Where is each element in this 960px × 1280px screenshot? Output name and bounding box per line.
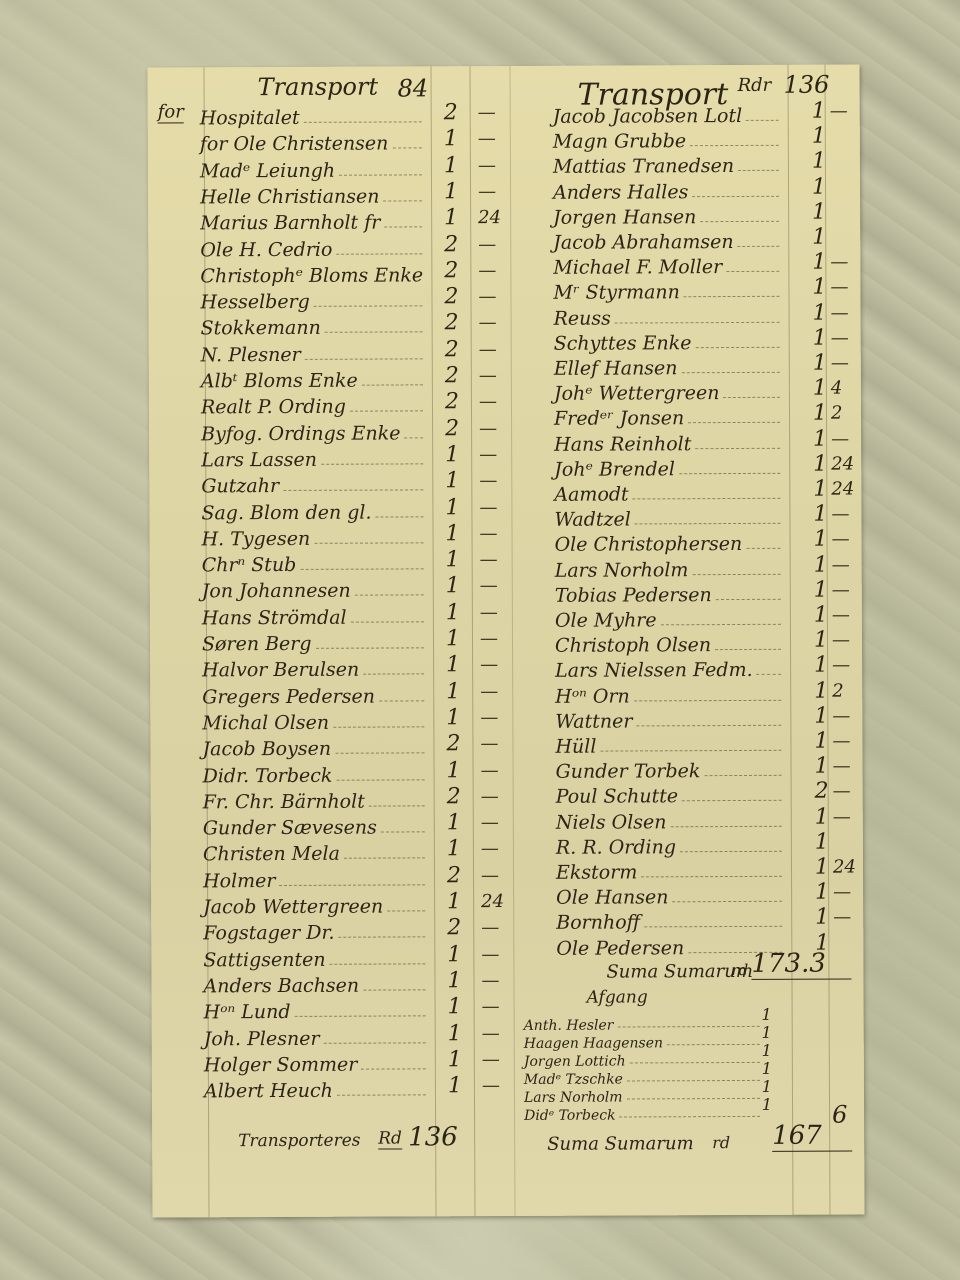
entry-name: Christoph Olsen	[555, 634, 711, 657]
left-entry-row: Madᵉ Leiungh	[200, 155, 426, 182]
entry-amount: 1	[797, 351, 827, 376]
entry-skilling: —	[481, 838, 499, 859]
entry-skilling: —	[832, 604, 850, 625]
entry-skilling: —	[830, 101, 848, 122]
entry-amount: 1	[799, 905, 829, 930]
right-entry-row: Johᵉ Wettergreen	[554, 378, 784, 405]
entry-name: Hüll	[555, 736, 596, 758]
left-entry-row: Christophᵉ Bloms Enke	[200, 260, 426, 287]
left-entry-row: Joh. Plesner	[204, 1023, 430, 1050]
leader-line	[661, 624, 781, 626]
entry-name: Gutzahr	[201, 475, 279, 497]
right-entry-row: Niels Olsen	[556, 806, 786, 833]
right-entry-row: Wattner	[555, 706, 785, 733]
leader-line	[283, 490, 423, 492]
entry-name: Lars Norholm	[555, 559, 689, 582]
leader-line	[738, 246, 780, 247]
right-entry-row: Bornhoff	[556, 907, 786, 934]
right-entry-row: Ekstorm	[556, 857, 786, 884]
right-entry-row: Wadtzel	[554, 504, 784, 531]
entry-name: Helle Christiansen	[200, 185, 380, 208]
entry-amount: 1	[799, 804, 829, 829]
entry-skilling: —	[833, 781, 851, 802]
leader-line	[644, 926, 782, 928]
right-entry-row: Poul Schutte	[556, 781, 786, 808]
entry-name: Aamodt	[554, 483, 628, 505]
entry-amount: 1	[432, 994, 462, 1019]
final-amount: 167	[772, 1120, 852, 1151]
leader-line	[369, 805, 425, 806]
leader-line	[362, 384, 423, 385]
subtotal-unit: rd	[731, 961, 748, 979]
entry-skilling: —	[481, 970, 499, 991]
left-entries-list: Hospitalet2—for Ole Christensen1—Madᵉ Le…	[147, 64, 859, 67]
left-entry-row: N. Plesner	[201, 339, 427, 366]
entry-skilling: —	[481, 944, 499, 965]
entry-skilling: —	[831, 327, 849, 348]
leader-line	[746, 120, 779, 121]
entry-amount: 1	[428, 205, 458, 230]
entry-amount: 1	[430, 600, 460, 625]
entry-amount: 1	[430, 679, 460, 704]
entry-skilling: —	[481, 812, 499, 833]
entry-amount: 1	[430, 652, 460, 677]
leader-line	[684, 296, 780, 297]
entry-skilling: —	[478, 102, 496, 123]
entry-name: Jacob Abrahamsen	[553, 231, 733, 254]
left-entry-row: Byfog. Ordings Enke	[201, 418, 427, 445]
entry-name: Ellef Hansen	[554, 357, 678, 380]
entry-amount: 1	[430, 574, 460, 599]
leader-line	[680, 851, 782, 852]
left-entry-row: Holmer	[203, 865, 429, 892]
entry-name: Byfog. Ordings Enke	[201, 422, 400, 445]
leader-line	[726, 271, 779, 272]
entry-skilling: 24	[478, 207, 501, 228]
leader-line	[672, 901, 782, 902]
final-label: Suma Sumarum	[547, 1133, 694, 1155]
entry-skilling: —	[832, 705, 850, 726]
right-entry-row: Ellef Hansen	[554, 353, 784, 380]
final-unit: rd	[712, 1133, 730, 1152]
leader-line	[314, 542, 423, 543]
entry-amount: 1	[430, 705, 460, 730]
entry-skilling: —	[833, 882, 851, 903]
entry-amount: 2	[428, 284, 458, 309]
entry-amount: 1	[798, 577, 828, 602]
leader-line	[355, 595, 424, 596]
left-entry-row: Sattigsenten	[203, 944, 429, 971]
entry-skilling: —	[482, 1075, 500, 1096]
entry-skilling: —	[832, 554, 850, 575]
entry-skilling: —	[481, 760, 499, 781]
entry-amount: 2	[428, 258, 458, 283]
right-entry-row: Michael F. Moller	[553, 252, 783, 279]
entry-name: Ole Myhre	[555, 609, 657, 631]
entry-amount: 2	[430, 731, 460, 756]
entry-name: Didᵉ Torbeck	[524, 1108, 616, 1124]
entry-name: Jorgen Hansen	[553, 206, 696, 229]
entry-amount: 1	[796, 174, 826, 199]
leader-line	[325, 332, 423, 333]
entry-amount: 1	[742, 1077, 772, 1096]
entry-skilling: —	[831, 504, 849, 525]
entry-name: for Ole Christensen	[200, 133, 389, 156]
entry-skilling: —	[479, 523, 497, 544]
left-entry-row: Anders Bachsen	[203, 970, 429, 997]
right-entry-row: Ole Myhre	[555, 605, 785, 632]
entry-skilling: —	[831, 302, 849, 323]
entry-skilling: —	[480, 602, 498, 623]
entry-amount: 1	[429, 442, 459, 467]
entry-skilling: —	[481, 917, 499, 938]
leader-line	[376, 516, 424, 517]
entry-name: R. R. Ording	[556, 836, 676, 859]
leader-line	[615, 321, 780, 323]
entry-name: Hans Strömdal	[202, 606, 347, 629]
entry-skilling: —	[831, 353, 849, 374]
entry-name: Halvor Berulsen	[202, 659, 359, 682]
entry-amount: 1	[428, 153, 458, 178]
entry-amount: 1	[429, 468, 459, 493]
entry-amount: 1	[798, 678, 828, 703]
leader-line	[387, 910, 425, 911]
entry-amount: 1	[798, 552, 828, 577]
right-entry-row: Reuss	[554, 302, 784, 329]
entry-name: Albᵗ Bloms Enke	[201, 370, 358, 393]
entry-name: Ole Hansen	[556, 886, 668, 908]
right-entry-row: Ole Christophersen	[555, 529, 785, 556]
entry-name: Johᵉ Brendel	[554, 458, 675, 481]
leader-line	[757, 674, 782, 675]
leader-line	[682, 800, 782, 801]
entry-amount: 1	[797, 300, 827, 325]
leader-line	[700, 221, 779, 222]
entry-amount: 1	[799, 880, 829, 905]
leader-line	[350, 411, 423, 412]
entry-amount: 1	[796, 275, 826, 300]
leader-line	[690, 145, 779, 146]
entry-name: Bornhoff	[556, 912, 640, 934]
entry-amount: 1	[796, 199, 826, 224]
entry-name: Mʳ Styrmann	[553, 282, 679, 305]
entry-skilling: —	[479, 391, 497, 412]
entry-skilling: —	[832, 529, 850, 550]
entry-name: Anders Bachsen	[203, 975, 359, 998]
entry-amount: 1	[799, 855, 829, 880]
entry-skilling: —	[480, 628, 498, 649]
leader-line	[305, 358, 423, 360]
entry-skilling: —	[478, 128, 496, 149]
leader-line	[695, 447, 780, 448]
left-entry-row: Jacob Boysen	[202, 734, 428, 761]
entry-name: Michal Olsen	[202, 712, 329, 735]
entry-amount: 1	[796, 149, 826, 174]
right-entry-row: Christoph Olsen	[555, 630, 785, 657]
leader-line	[723, 397, 780, 398]
right-entry-row: Jacob Jacobsen Lotl	[553, 101, 783, 128]
entry-amount: 1	[432, 1047, 462, 1072]
right-entries-list: Jacob Jacobsen Lotl1—Magn Grubbe1Mattias…	[147, 64, 859, 67]
left-entry-row: Stokkemann	[201, 313, 427, 340]
right-entry-row: Schyttes Enke	[554, 328, 784, 355]
left-header-label: Transport	[258, 73, 379, 102]
leader-line	[704, 775, 781, 776]
left-entry-row: for Ole Christensen	[200, 129, 426, 156]
entry-name: Sattigsenten	[203, 948, 325, 971]
entry-name: Marius Barnholt fr	[200, 212, 380, 235]
entry-skilling: —	[482, 1049, 500, 1070]
left-entry-row: H. Tygesen	[201, 523, 427, 550]
entry-name: Sag. Blom den gl.	[201, 501, 371, 524]
left-entry-row: Lars Lassen	[201, 444, 427, 471]
right-header-amount: 136	[784, 71, 834, 99]
right-entry-row: Hüll	[555, 731, 785, 758]
entry-amount: 1	[798, 729, 828, 754]
right-entry-row: Fredᵉʳ Jonsen	[554, 403, 784, 430]
entry-name: Wattner	[555, 710, 632, 732]
left-footer-label: Transporteres	[238, 1131, 360, 1152]
entry-skilling: —	[832, 730, 850, 751]
entry-skilling: 2	[831, 403, 843, 424]
entry-skilling: —	[478, 155, 496, 176]
left-entry-row: Gregers Pedersen	[202, 681, 428, 708]
entry-name: Gunder Torbek	[556, 760, 701, 783]
entry-name: Gregers Pedersen	[202, 685, 375, 708]
entry-name: Fogstager Dr.	[203, 922, 334, 945]
entry-amount: 2	[431, 915, 461, 940]
leader-line	[746, 548, 780, 549]
entry-skilling: —	[479, 444, 497, 465]
entry-skilling: —	[832, 630, 850, 651]
entry-skilling: —	[478, 181, 496, 202]
leader-line	[600, 750, 781, 752]
entry-amount: 1	[431, 942, 461, 967]
leader-line	[381, 831, 425, 832]
entry-skilling: —	[482, 996, 500, 1017]
leader-line	[333, 726, 424, 727]
entry-name: Ekstorm	[556, 861, 637, 883]
entry-name: Magn Grubbe	[553, 130, 686, 153]
leader-line	[716, 599, 781, 600]
leader-line	[692, 573, 780, 574]
right-entry-row: Lars Nielssen Fedm.	[555, 655, 785, 682]
leader-line	[692, 195, 779, 196]
entry-amount: 2	[429, 389, 459, 414]
leader-line	[641, 876, 782, 878]
column-divider	[509, 66, 515, 1216]
deductions-header: Afgang	[587, 987, 648, 1007]
entry-amount: 1	[428, 127, 458, 152]
leader-line	[321, 463, 423, 464]
leader-line	[679, 473, 780, 474]
left-entry-row: Fr. Chr. Bärnholt	[203, 786, 429, 813]
entry-skilling: —	[831, 428, 849, 449]
entry-skilling: 2	[832, 680, 844, 701]
entry-skilling: —	[481, 865, 499, 886]
entry-skilling: 24	[833, 856, 856, 877]
entry-name: Lars Lassen	[201, 449, 317, 472]
entry-amount: 1	[429, 495, 459, 520]
leader-line	[682, 372, 780, 373]
left-footer-unit: Rd	[378, 1128, 402, 1149]
entry-skilling: —	[480, 707, 498, 728]
left-entry-row: Halvor Berulsen	[202, 655, 428, 682]
leader-line	[671, 825, 782, 826]
entry-amount: 1	[742, 1059, 772, 1078]
left-entry-row: Holger Sommer	[204, 1049, 430, 1076]
right-entry-row: Anders Halles	[553, 176, 783, 203]
right-entry-row: Jacob Abrahamsen	[553, 227, 783, 254]
entry-skilling: —	[832, 655, 850, 676]
entry-amount: 2	[429, 311, 459, 336]
entry-name: Hans Reinholt	[554, 433, 691, 456]
entry-amount: 1	[431, 889, 461, 914]
entry-skilling: —	[478, 234, 496, 255]
entry-name: Søren Berg	[202, 633, 312, 655]
entry-amount: 1	[798, 527, 828, 552]
entry-amount: 1	[432, 1021, 462, 1046]
entry-amount: 1	[432, 1073, 462, 1098]
left-entry-row: Hesselberg	[200, 286, 426, 313]
right-entry-row: Johᵉ Brendel	[554, 454, 784, 481]
entry-name: Christophᵉ Bloms Enke	[200, 264, 423, 287]
ledger-page: Transport 84 for Hospitalet2—for Ole Chr…	[147, 64, 864, 1217]
leader-line	[715, 649, 781, 650]
entry-amount: 1	[431, 968, 461, 993]
sk-rule-left	[469, 66, 475, 1216]
left-entry-row: Fogstager Dr.	[203, 918, 429, 945]
entry-skilling: —	[479, 418, 497, 439]
left-entry-row: Hospitalet	[200, 102, 426, 129]
entry-skilling: —	[480, 575, 498, 596]
leader-line	[324, 1042, 426, 1043]
entry-name: Poul Schutte	[556, 786, 679, 809]
left-entry-row: Christen Mela	[203, 839, 429, 866]
entry-amount: 1	[798, 703, 828, 728]
leader-line	[351, 621, 424, 622]
leader-line	[314, 305, 423, 306]
leader-line	[384, 227, 422, 228]
entry-name: Madᵉ Leiungh	[200, 159, 335, 182]
left-entry-row: Hans Strömdal	[202, 602, 428, 629]
leader-line	[336, 253, 422, 254]
entry-amount: 1	[799, 829, 829, 854]
entry-name: Realt P. Ording	[201, 396, 346, 419]
entry-name: Ole Christophersen	[555, 533, 743, 556]
right-entry-row: Lars Norholm	[555, 554, 785, 581]
entry-name: N. Plesner	[201, 344, 301, 366]
entry-skilling: —	[830, 252, 848, 273]
leader-line	[344, 858, 425, 859]
entry-name: Ole Pedersen	[556, 937, 684, 960]
entry-name: Hᵒⁿ Orn	[555, 685, 630, 707]
entry-skilling: —	[833, 907, 851, 928]
entry-name: Stokkemann	[201, 317, 321, 340]
entry-skilling: —	[481, 786, 499, 807]
entry-amount: 1	[431, 810, 461, 835]
leader-line	[634, 699, 781, 701]
entry-amount: 1	[428, 179, 458, 204]
entry-amount: 1	[797, 376, 827, 401]
left-entry-row: Albᵗ Bloms Enke	[201, 365, 427, 392]
right-entry-row: Magn Grubbe	[553, 126, 783, 153]
entry-skilling: —	[479, 312, 497, 333]
entry-amount: 1	[797, 426, 827, 451]
entry-name: Niels Olsen	[556, 811, 667, 833]
entry-name: Reuss	[554, 307, 611, 329]
entry-skilling: —	[480, 654, 498, 675]
right-entry-row: Tobias Pedersen	[555, 580, 785, 607]
left-entry-row: Søren Berg	[202, 628, 428, 655]
leader-line	[636, 725, 781, 727]
entry-name: Fr. Chr. Bärnholt	[203, 790, 365, 813]
entry-name: H. Tygesen	[202, 528, 311, 550]
entry-name: Johᵉ Wettergreen	[554, 382, 720, 405]
entry-name: Hospitalet	[200, 107, 300, 129]
entry-skilling: —	[833, 756, 851, 777]
entry-name: Schyttes Enke	[554, 332, 692, 355]
entry-amount: 2	[799, 779, 829, 804]
entry-amount: 1	[742, 1095, 772, 1114]
leader-line	[337, 1094, 426, 1095]
entry-name: Hesselberg	[200, 291, 309, 313]
entry-name: Tobias Pedersen	[555, 584, 712, 607]
entry-amount: 1	[798, 653, 828, 678]
entry-amount: 1	[797, 451, 827, 476]
leader-line	[633, 498, 781, 500]
entry-name: Chrⁿ Stub	[202, 554, 297, 576]
entry-amount: 1	[797, 477, 827, 502]
leader-line	[392, 148, 421, 149]
leader-line	[336, 779, 424, 780]
leader-line	[304, 121, 422, 123]
left-entry-row: Helle Christiansen	[200, 181, 426, 208]
entry-name: Holmer	[203, 870, 276, 892]
entry-skilling: —	[830, 277, 848, 298]
entry-skilling: —	[480, 549, 498, 570]
left-entry-row: Jon Johannesen	[202, 576, 428, 603]
entry-name: Hᵒⁿ Lund	[204, 1001, 291, 1023]
amount-rule-right	[787, 65, 793, 1215]
subtotal-amount: 173.3	[751, 948, 851, 979]
entry-skilling: —	[832, 579, 850, 600]
leader-line	[295, 1016, 426, 1018]
left-footer-amount: 136	[408, 1122, 458, 1152]
entry-amount: 1	[798, 628, 828, 653]
entry-name: Gunder Sævesens	[203, 817, 377, 840]
left-entry-row: Chrⁿ Stub	[202, 549, 428, 576]
left-entry-row: Didr. Torbeck	[203, 760, 429, 787]
entry-name: Ole H. Cedrio	[200, 238, 332, 261]
entry-amount: 2	[428, 100, 458, 125]
entry-amount: 1	[430, 626, 460, 651]
entry-name: Jacob Boysen	[202, 738, 331, 761]
entry-amount: 2	[431, 784, 461, 809]
leader-line	[300, 568, 423, 570]
entry-amount: 1	[796, 225, 826, 250]
left-header-amount: 84	[398, 74, 428, 102]
deductions-list: Anth. Hesler1Haagen Haagensen1Jorgen Lot…	[147, 64, 859, 67]
right-entry-row: Gunder Torbek	[556, 756, 786, 783]
entry-skilling: —	[479, 470, 497, 491]
right-entry-row: Hᵒⁿ Orn	[555, 680, 785, 707]
entry-skilling: —	[479, 365, 497, 386]
leader-line	[330, 963, 426, 964]
leader-line	[361, 1068, 426, 1069]
entry-amount: 2	[431, 863, 461, 888]
entry-name: Anders Halles	[553, 181, 688, 204]
